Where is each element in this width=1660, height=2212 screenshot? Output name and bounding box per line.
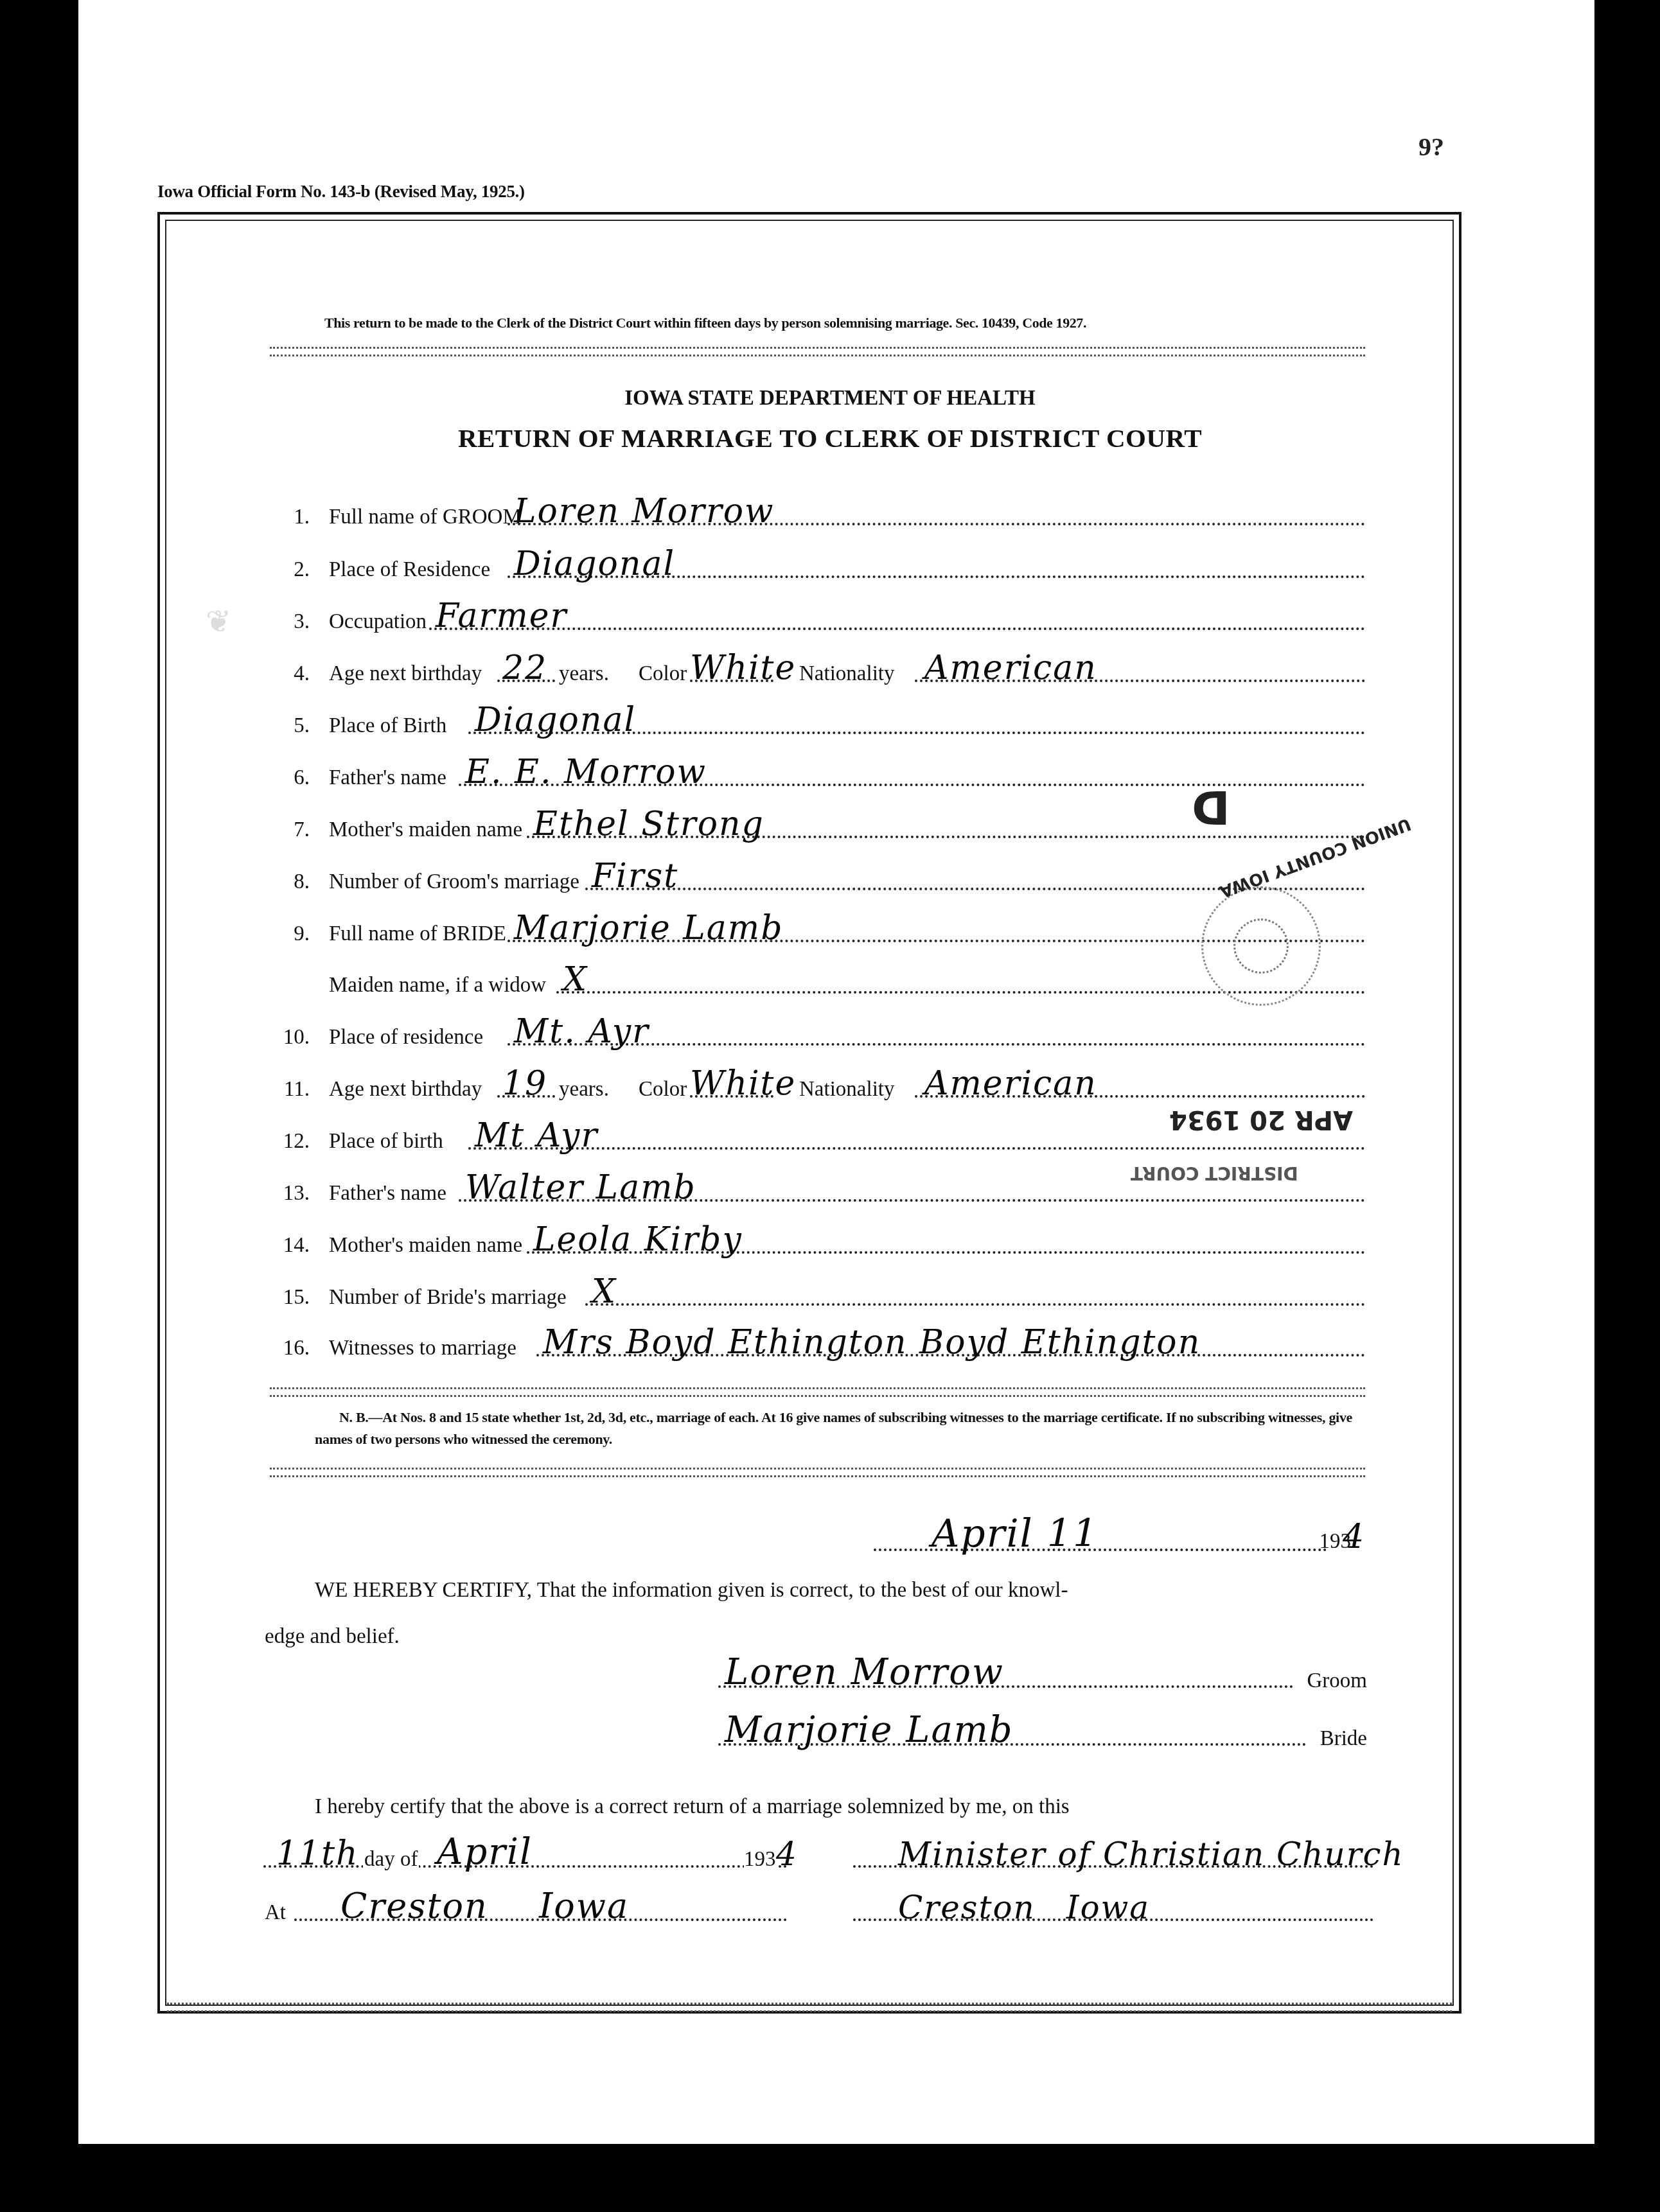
filing-instruction: This return to be made to the Clerk of t… [324,315,1086,331]
years-label: years. [559,662,609,686]
field-number: 13. [270,1182,310,1206]
bride-label: Bride [1320,1727,1367,1751]
at-label: At [265,1901,286,1925]
field-value: X [592,1272,617,1311]
field-label: Full name of BRIDE [329,922,506,946]
groom-signature: Loren Morrow [725,1651,1004,1693]
ceremony-place-line: At Creston Iowa [263,1892,787,1927]
nationality-value: American [924,649,1097,687]
field-label: Age next birthday [329,662,482,686]
field-number: 10. [270,1026,310,1049]
seal-center-icon [1233,918,1289,974]
field-dotted-line [429,628,1365,630]
form-title: RETURN OF MARRIAGE TO CLERK OF DISTRICT … [0,423,1660,453]
solemnization-year-prefix: 193 [744,1848,776,1872]
field-value: E. E. Morrow [465,753,707,791]
field-value: Ethel Strong [533,805,764,843]
field-value: Farmer [436,597,567,635]
field-label: Occupation [329,610,427,634]
field-number: 14. [270,1234,310,1258]
age-value: 19 [502,1064,547,1103]
field-label: Father's name [329,1182,446,1206]
age-value: 22 [502,649,547,687]
field-label: Number of Bride's marriage [329,1286,567,1310]
field-number: 1. [270,505,310,529]
officiant-address: Creston Iowa [898,1889,1150,1926]
bride-signature: Marjorie Lamb [725,1709,1014,1751]
page-number-mark: 9? [1418,132,1444,162]
field-value: Diagonal [475,701,636,739]
certification-text: WE HEREBY CERTIFY, That the information … [315,1579,1068,1602]
color-value: White [690,1064,796,1103]
field-number: 2. [270,558,310,582]
officiant-address-line: Creston Iowa [853,1892,1373,1927]
field-label: Maiden name, if a widow [329,974,546,997]
field-row: 4.Age next birthday22years.ColorWhiteNat… [270,650,1365,689]
years-label: years. [559,1078,609,1102]
certification-text-cont: edge and belief. [265,1625,400,1649]
bride-signature-line: Marjorie Lamb Bride [718,1716,1367,1752]
field-value: Mt Ayr [475,1116,598,1155]
filing-year-suffix: 4 [1343,1518,1365,1556]
field-row: 10.Place of residenceMt. Ayr [270,1014,1365,1052]
field-row: 16.Witnesses to marriageMrs Boyd Ethingt… [270,1324,1365,1363]
groom-signature-line: Loren Morrow Groom [718,1658,1367,1694]
field-value: X [563,960,588,999]
field-value: Marjorie Lamb [514,909,783,947]
color-label: Color [639,662,687,686]
field-row: 15.Number of Bride's marriageX [270,1274,1365,1312]
field-number: 11. [270,1078,310,1102]
filing-date-value: April 11 [932,1511,1099,1556]
divider-bottom [167,2003,1452,2012]
solemnization-year-suffix: 4 [776,1836,798,1873]
color-value: White [690,649,796,687]
divider-witness [270,1387,1365,1397]
field-label: Number of Groom's marriage [329,870,579,894]
field-value: First [592,857,678,895]
field-value: Loren Morrow [514,492,775,531]
field-label: Place of birth [329,1130,443,1154]
field-row: 8.Number of Groom's marriageFirst [270,858,1365,897]
field-row: Maiden name, if a widowX [270,961,1365,1000]
nationality-label: Nationality [799,662,894,686]
day-of-label: day of [363,1848,419,1872]
color-label: Color [639,1078,687,1102]
court-stamp: DISTRICT COURT [1131,1163,1298,1184]
field-number: 3. [270,610,310,634]
divider-top [270,347,1365,356]
field-row: 3.OccupationFarmer [270,598,1365,636]
field-value: Mt. Ayr [514,1012,649,1051]
field-number: 8. [270,870,310,894]
solemnization-date-line: 11th day of April 193 4 [263,1838,787,1874]
field-number: 7. [270,818,310,842]
field-label: Full name of GROOM [329,505,522,529]
nationality-value: American [924,1064,1097,1103]
field-number: 6. [270,766,310,790]
department-heading: IOWA STATE DEPARTMENT OF HEALTH [0,387,1660,410]
ceremony-place: Creston Iowa [340,1886,629,1926]
officiant-title: Minister of Christian Church [898,1836,1404,1873]
field-label: Mother's maiden name [329,818,522,842]
field-row: 2.Place of ResidenceDiagonal [270,546,1365,584]
field-dotted-line [585,1303,1365,1306]
field-label: Place of residence [329,1026,483,1049]
field-dotted-line [468,1147,1365,1150]
solemnization-month: April [437,1831,533,1873]
field-number: 5. [270,714,310,738]
field-row: 11.Age next birthday19years.ColorWhiteNa… [270,1066,1365,1104]
field-label: Mother's maiden name [329,1234,522,1258]
field-number: 12. [270,1130,310,1154]
form-identifier: Iowa Official Form No. 143-b (Revised Ma… [157,182,525,202]
field-number: 4. [270,662,310,686]
officiant-certification-text: I hereby certify that the above is a cor… [315,1795,1070,1819]
officiant-title-line: Minister of Christian Church [853,1838,1373,1874]
field-value: Diagonal [514,545,675,583]
groom-label: Groom [1307,1669,1368,1693]
solemnization-day: 11th [276,1834,359,1873]
instruction-note: N. B.—At Nos. 8 and 15 state whether 1st… [315,1407,1368,1450]
field-row: 5.Place of BirthDiagonal [270,702,1365,741]
field-number: 9. [270,922,310,946]
field-number: 16. [270,1337,310,1360]
field-label: Place of Residence [329,558,490,582]
field-label: Place of Birth [329,714,446,738]
field-row: 14.Mother's maiden nameLeola Kirby [270,1222,1365,1260]
field-label: Witnesses to marriage [329,1337,517,1360]
field-label: Age next birthday [329,1078,482,1102]
divider-note [270,1468,1365,1477]
leaf-watermark-icon: ❦ [206,604,238,636]
field-value: Walter Lamb [465,1168,696,1207]
nationality-label: Nationality [799,1078,894,1102]
field-value: Leola Kirby [533,1220,743,1259]
received-date-stamp: APR 20 1934 [1169,1105,1353,1134]
field-row: 1.Full name of GROOMLoren Morrow [270,493,1365,532]
filing-date: April 11 193 4 [874,1525,1365,1558]
received-stamp-letter: D [1192,780,1230,834]
field-value: Mrs Boyd Ethington Boyd Ethington [543,1323,1201,1362]
field-label: Father's name [329,766,446,790]
field-number: 15. [270,1286,310,1310]
